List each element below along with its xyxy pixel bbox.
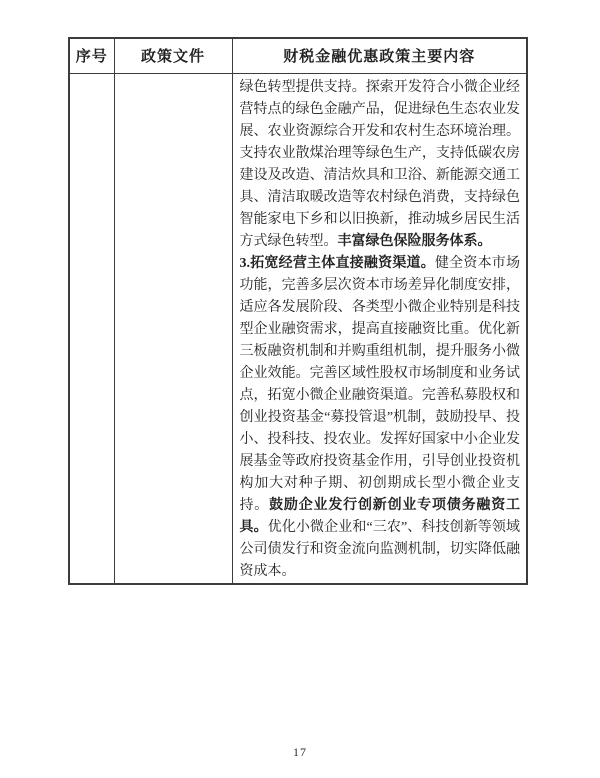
column-header-content: 财税金融优惠政策主要内容 xyxy=(232,38,527,73)
table-row: 绿色转型提供支持。探索开发符合小微企业经营特点的绿色金融产品，促进绿色生态农业发… xyxy=(69,73,527,584)
table-header-row: 序号 政策文件 财税金融优惠政策主要内容 xyxy=(69,38,527,73)
content-segment: 优化小微企业和“三农”、科技创新等领域公司债发行和资金流向监测机制，切实降低融资… xyxy=(240,520,521,579)
content-segment-bold: 3.拓宽经营主体直接融资渠道。 xyxy=(240,256,435,271)
content-paragraph: 绿色转型提供支持。探索开发符合小微企业经营特点的绿色金融产品，促进绿色生态农业发… xyxy=(240,77,521,253)
page-number: 17 xyxy=(0,745,600,760)
seq-cell xyxy=(69,73,114,584)
content-segment: 健全资本市场功能，完善多层次资本市场差异化制度安排，适应各发展阶段、各类型小微企… xyxy=(240,256,521,513)
content-segment: 绿色转型提供支持。探索开发符合小微企业经营特点的绿色金融产品，促进绿色生态农业发… xyxy=(240,80,521,249)
document-page: 序号 政策文件 财税金融优惠政策主要内容 绿色转型提供支持。探索开发符合小微企业… xyxy=(0,0,600,778)
column-header-seq: 序号 xyxy=(69,38,114,73)
column-header-policy-doc: 政策文件 xyxy=(114,38,232,73)
content-segment-bold: 丰富绿色保险服务体系。 xyxy=(338,234,492,249)
policy-table: 序号 政策文件 财税金融优惠政策主要内容 绿色转型提供支持。探索开发符合小微企业… xyxy=(68,37,528,585)
policy-doc-cell xyxy=(114,73,232,584)
content-paragraph: 3.拓宽经营主体直接融资渠道。健全资本市场功能，完善多层次资本市场差异化制度安排… xyxy=(240,253,521,583)
content-cell: 绿色转型提供支持。探索开发符合小微企业经营特点的绿色金融产品，促进绿色生态农业发… xyxy=(232,73,527,584)
